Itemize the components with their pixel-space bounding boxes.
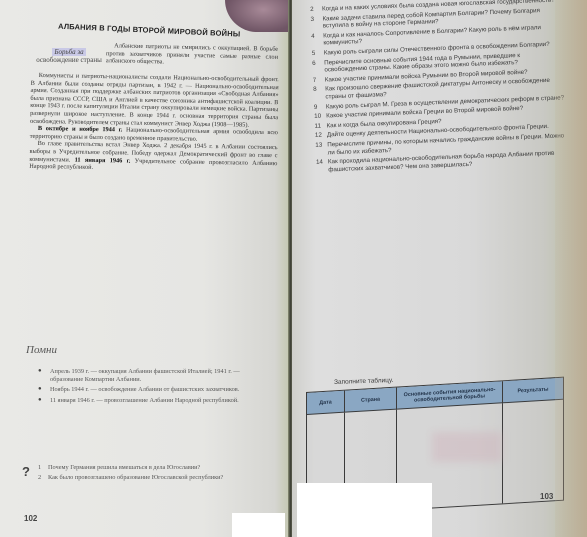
redaction-patch — [297, 483, 432, 537]
redaction-patch — [232, 513, 285, 537]
table-cell — [503, 400, 563, 504]
photo-glare — [432, 432, 502, 462]
right-questions-list: 2Когда и на каких условиях была создана … — [310, 0, 568, 176]
paragraph-1: Коммунисты и патриоты-националисты созда… — [30, 72, 279, 129]
book-spread: АЛБАНИЯ В ГОДЫ ВТОРОЙ МИРОВОЙ ВОЙНЫ Борь… — [0, 0, 587, 537]
question-mark-icon: ? — [22, 464, 30, 479]
side-heading: Борьба за освобождение страны — [36, 48, 102, 64]
table-header-date: Дата — [307, 391, 345, 415]
left-page: АЛБАНИЯ В ГОДЫ ВТОРОЙ МИРОВОЙ ВОЙНЫ Борь… — [0, 0, 289, 537]
side-heading-line1: Борьба за — [52, 48, 85, 56]
question-item: 2 Как было провозглашено образование Юго… — [38, 474, 270, 482]
question-item: 1 Почему Германия решила вмешаться в дел… — [38, 464, 270, 472]
intro-paragraph: Албанские патриоты не смирились с оккупа… — [106, 42, 278, 68]
remember-item: Ноябрь 1944 г. — освобождение Албании от… — [38, 386, 270, 394]
page-number-right: 103 — [540, 492, 553, 501]
side-heading-line2: освобождение страны — [36, 56, 102, 64]
remember-list: Апрель 1939 г. — оккупация Албании фашис… — [38, 368, 270, 407]
chapter-title: АЛБАНИЯ В ГОДЫ ВТОРОЙ МИРОВОЙ ВОЙНЫ — [58, 22, 258, 40]
page-number-left: 102 — [24, 514, 37, 523]
remember-heading: Помни — [26, 344, 57, 356]
finger-object — [225, 0, 289, 32]
table-header-country: Страна — [345, 388, 397, 413]
remember-item: 11 января 1946 г. — провозглашение Албан… — [38, 397, 270, 405]
main-text: Коммунисты и патриоты-националисты созда… — [29, 72, 279, 175]
paragraph-3: Во главе правительства встал Энвер Ходжа… — [29, 140, 277, 175]
left-questions-list: 1 Почему Германия решила вмешаться в дел… — [38, 464, 270, 483]
page-edge-shadow — [555, 0, 587, 537]
remember-item: Апрель 1939 г. — оккупация Албании фашис… — [38, 368, 270, 383]
